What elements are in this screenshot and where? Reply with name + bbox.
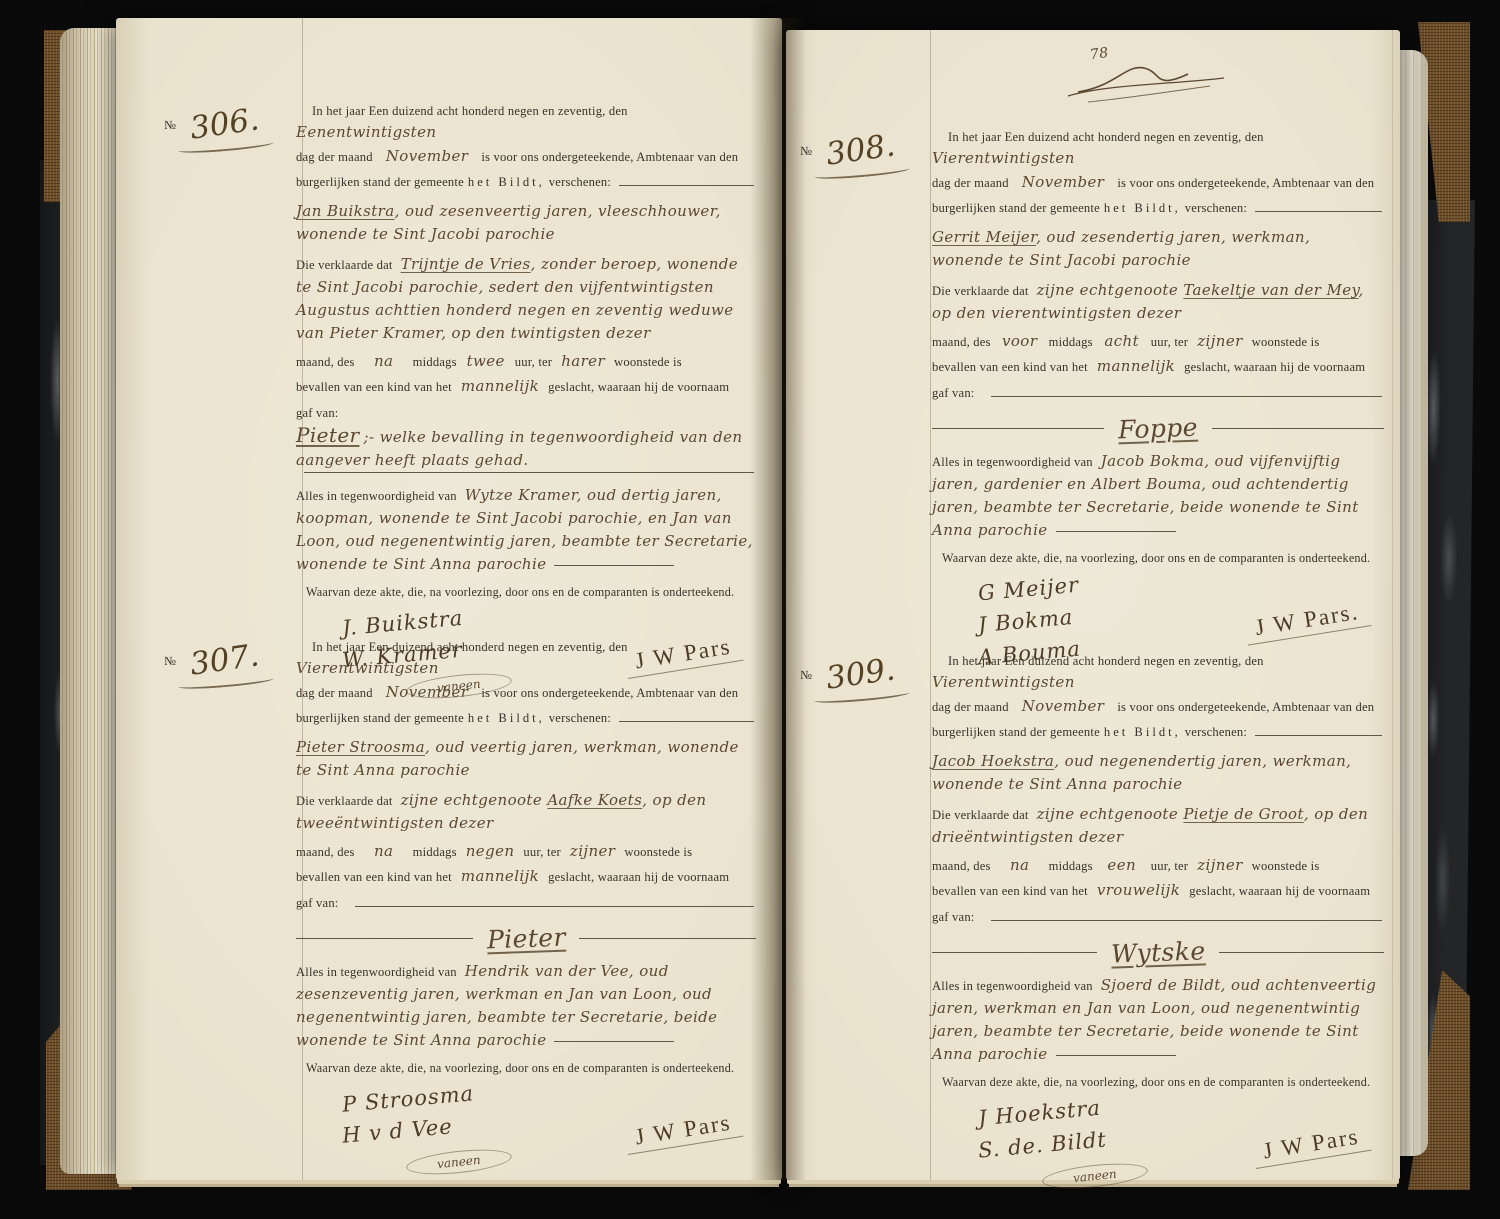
birth-record: № 308. In het jaar Een duizend acht hond… (796, 126, 1384, 695)
signature: J Bokma (977, 605, 1074, 637)
form-witnesses-text: Alles in tegenwoordigheid van (932, 455, 1093, 469)
book-scan: № 306. In het jaar Een duizend acht hond… (0, 0, 1500, 1197)
form-name-text: geslacht, waaraan hij de voornaam (1184, 360, 1365, 374)
form-gave-name-text: gaf van: (296, 402, 339, 424)
child-name: Pieter (296, 423, 360, 447)
child-name: Pieter (486, 923, 566, 955)
record-number-column: № 308. (796, 126, 932, 177)
mother-name: Aafke Koets (547, 791, 642, 809)
form-closing-text: Waarvan deze akte, die, na voorlezing, d… (296, 1058, 756, 1079)
record-slot-306: № 306. In het jaar Een duizend acht hond… (160, 100, 756, 729)
form-child-text: bevallen van een kind van het (296, 380, 452, 394)
child-name-row: Pieter (296, 924, 756, 953)
birth-record: № 306. In het jaar Een duizend acht hond… (160, 100, 756, 729)
day-handwritten: Eenentwintigsten (296, 123, 436, 141)
form-witnesses-text: Alles in tegenwoordigheid van (932, 979, 1093, 993)
month-handwritten: November (386, 682, 469, 703)
form-month-label: dag der maand (932, 176, 1009, 190)
spouse-prefix: zijne echtgenoote (401, 791, 548, 809)
form-gave-name-text: gaf van: (932, 382, 975, 404)
day-handwritten: Vierentwintigsten (296, 659, 439, 677)
gender-handwritten: mannelijk (461, 866, 539, 887)
filler-rule (991, 920, 1382, 921)
form-time-text-1: maand, des (296, 845, 355, 859)
form-time-text-2: middags (413, 845, 457, 859)
birth-presence-note: ;- welke bevalling in tegenwoordigheid v… (296, 428, 742, 469)
form-time-text-1: maand, des (932, 859, 991, 873)
filler-rule (991, 396, 1382, 397)
filler-rule (1056, 531, 1176, 532)
declarant-name: Gerrit Meijer (932, 228, 1036, 246)
record-slot-307: № 307. In het jaar Een duizend acht hond… (160, 636, 756, 1197)
form-official-text: is voor ons ondergeteekende, Ambtenaar v… (481, 150, 738, 164)
form-closing-text: Waarvan deze akte, die, na voorlezing, d… (296, 582, 756, 603)
hour-handwritten: negen (466, 841, 515, 862)
record-number-column: № 306. (160, 100, 296, 151)
signature: S. de. Bildt (977, 1127, 1108, 1162)
form-municipality-text: burgerlijken stand der gemeente (932, 722, 1100, 743)
month-handwritten: November (386, 146, 469, 167)
filler-rule (355, 906, 754, 907)
birth-record: № 307. In het jaar Een duizend acht hond… (160, 636, 756, 1197)
record-body: In het jaar Een duizend acht honderd neg… (296, 636, 756, 1197)
month-handwritten: November (1022, 696, 1105, 717)
form-declared-text: Die verklaarde dat (296, 794, 393, 808)
form-official-text: is voor ons ondergeteekende, Ambtenaar v… (1117, 176, 1374, 190)
form-gave-name-text: gaf van: (296, 892, 339, 914)
record-body: In het jaar Een duizend acht honderd neg… (932, 650, 1384, 1197)
form-time-text-4: woonstede is (614, 355, 682, 369)
form-closing-text: Waarvan deze akte, die, na voorlezing, d… (932, 1072, 1384, 1093)
form-child-text: bevallen van een kind van het (296, 870, 452, 884)
day-handwritten: Vierentwintigsten (932, 673, 1075, 691)
gender-handwritten: mannelijk (1097, 356, 1175, 377)
book-gutter-shadow (750, 18, 806, 1180)
record-number-column: № 309. (796, 650, 932, 701)
folio-mark: 78 (1064, 46, 1234, 106)
child-name-inline-wrap: Pieter;- welke bevalling in tegenwoordig… (296, 424, 756, 472)
form-appeared-text: verschenen: (549, 172, 611, 193)
child-name-row: Wytske (932, 938, 1384, 967)
folio-paraph-icon (1064, 58, 1234, 106)
signature-note: vaneen (1041, 1160, 1148, 1193)
filler-rule (619, 721, 754, 722)
mother-name: Pietje de Groot (1183, 805, 1304, 823)
municipality-name: het Bildt, (468, 172, 545, 193)
spouse-prefix: zijne echtgenoote (1037, 805, 1184, 823)
signature: J Hoekstra (977, 1096, 1102, 1131)
record-number-column: № 307. (160, 636, 296, 687)
gender-handwritten: mannelijk (461, 376, 539, 397)
residence-pronoun-handwritten: zijner (1197, 331, 1242, 352)
form-name-text: geslacht, waaraan hij de voornaam (1189, 884, 1370, 898)
child-name-row: Foppe (932, 414, 1384, 443)
form-child-text: bevallen van een kind van het (932, 884, 1088, 898)
form-time-text-2: middags (413, 355, 457, 369)
spouse-prefix: zijne echtgenoote (1037, 281, 1184, 299)
left-page: № 306. In het jaar Een duizend acht hond… (116, 18, 782, 1180)
residence-pronoun-handwritten: zijner (1197, 855, 1242, 876)
form-time-text-4: woonstede is (624, 845, 692, 859)
form-name-text: geslacht, waaraan hij de voornaam (548, 380, 729, 394)
form-year-text: In het jaar Een duizend acht honderd neg… (312, 640, 628, 654)
number-sign: № (164, 106, 176, 133)
filler-rule (554, 565, 674, 566)
declarant-name: Pieter Stroosma (296, 738, 425, 756)
form-witnesses-text: Alles in tegenwoordigheid van (296, 489, 457, 503)
declarant-name: Jan Buikstra (296, 202, 395, 220)
daypart-handwritten: na (364, 351, 404, 372)
municipality-name: het Bildt, (468, 708, 545, 729)
day-handwritten: Vierentwintigsten (932, 149, 1075, 167)
filler-rule (296, 938, 473, 939)
form-child-text: bevallen van een kind van het (932, 360, 1088, 374)
record-body: In het jaar Een duizend acht honderd neg… (932, 126, 1384, 695)
form-declared-text: Die verklaarde dat (932, 808, 1029, 822)
form-appeared-text: verschenen: (549, 708, 611, 729)
form-month-label: dag der maand (296, 150, 373, 164)
form-municipality-text: burgerlijken stand der gemeente (296, 172, 464, 193)
form-municipality-text: burgerlijken stand der gemeente (296, 708, 464, 729)
signature: P Stroosma (341, 1081, 475, 1116)
form-time-text-3: uur, ter (515, 355, 552, 369)
form-gave-name-text: gaf van: (932, 906, 975, 928)
signature: H v d Vee (341, 1114, 453, 1148)
mother-name: Taekeltje van der Mey (1183, 281, 1358, 299)
filler-rule (1056, 1055, 1176, 1056)
filler-rule (579, 938, 756, 939)
form-year-text: In het jaar Een duizend acht honderd neg… (312, 104, 628, 118)
municipality-name: het Bildt, (1104, 198, 1181, 219)
daypart-handwritten: na (1000, 855, 1040, 876)
municipality-name: het Bildt, (1104, 722, 1181, 743)
form-time-text-3: uur, ter (1151, 335, 1188, 349)
form-declared-text: Die verklaarde dat (296, 258, 393, 272)
filler-rule (1212, 428, 1384, 429)
signatures-block: P StroosmaH v d Veevaneen J W Pars (296, 1087, 756, 1197)
declarant-name: Jacob Hoekstra (932, 752, 1054, 770)
residence-pronoun-handwritten: zijner (570, 841, 615, 862)
form-official-text: is voor ons ondergeteekende, Ambtenaar v… (1117, 700, 1374, 714)
filler-rule (1255, 211, 1382, 212)
daypart-handwritten: na (364, 841, 404, 862)
mother-name: Trijntje de Vries (401, 255, 531, 273)
right-page: 78 № 308. In het jaar Een duizend acht h… (786, 30, 1400, 1180)
month-handwritten: November (1022, 172, 1105, 193)
form-time-text-4: woonstede is (1252, 335, 1320, 349)
hour-handwritten: een (1102, 855, 1142, 876)
form-witnesses-text: Alles in tegenwoordigheid van (296, 965, 457, 979)
filler-rule (1219, 952, 1384, 953)
birth-record: № 309. In het jaar Een duizend acht hond… (796, 650, 1384, 1197)
form-municipality-text: burgerlijken stand der gemeente (932, 198, 1100, 219)
filler-rule (304, 472, 754, 473)
form-time-text-1: maand, des (296, 355, 355, 369)
form-official-text: is voor ons ondergeteekende, Ambtenaar v… (481, 686, 738, 700)
form-time-text-1: maand, des (932, 335, 991, 349)
form-time-text-2: middags (1049, 335, 1093, 349)
filler-rule (619, 185, 754, 186)
form-time-text-3: uur, ter (1151, 859, 1188, 873)
form-month-label: dag der maand (932, 700, 1009, 714)
form-time-text-4: woonstede is (1252, 859, 1320, 873)
form-appeared-text: verschenen: (1185, 722, 1247, 743)
child-name: Wytske (1110, 936, 1205, 968)
record-slot-309: № 309. In het jaar Een duizend acht hond… (796, 650, 1384, 1197)
signatures-block: J HoekstraS. de. Bildtvaneen J W Pars (932, 1101, 1384, 1197)
daypart-handwritten: voor (1000, 331, 1040, 352)
filler-rule (932, 428, 1104, 429)
gender-handwritten: vrouwelijk (1097, 880, 1180, 901)
hour-handwritten: acht (1102, 331, 1142, 352)
filler-rule (932, 952, 1097, 953)
form-time-text-2: middags (1049, 859, 1093, 873)
page-margin-rule (1392, 30, 1393, 1180)
folio-number: 78 (1089, 45, 1110, 63)
form-month-label: dag der maand (296, 686, 373, 700)
form-declared-text: Die verklaarde dat (932, 284, 1029, 298)
number-sign: № (164, 642, 176, 669)
form-closing-text: Waarvan deze akte, die, na voorlezing, d… (932, 548, 1384, 569)
signature-note: vaneen (405, 1146, 512, 1179)
form-appeared-text: verschenen: (1185, 198, 1247, 219)
residence-pronoun-handwritten: harer (561, 351, 605, 372)
form-name-text: geslacht, waaraan hij de voornaam (548, 870, 729, 884)
signature: G Meijer (977, 573, 1080, 606)
child-name: Foppe (1118, 413, 1199, 445)
filler-rule (554, 1041, 674, 1042)
form-year-text: In het jaar Een duizend acht honderd neg… (948, 654, 1264, 668)
filler-rule (1255, 735, 1382, 736)
form-year-text: In het jaar Een duizend acht honderd neg… (948, 130, 1264, 144)
record-body: In het jaar Een duizend acht honderd neg… (296, 100, 756, 729)
hour-handwritten: twee (466, 351, 506, 372)
form-time-text-3: uur, ter (523, 845, 560, 859)
record-slot-308: № 308. In het jaar Een duizend acht hond… (796, 126, 1384, 695)
